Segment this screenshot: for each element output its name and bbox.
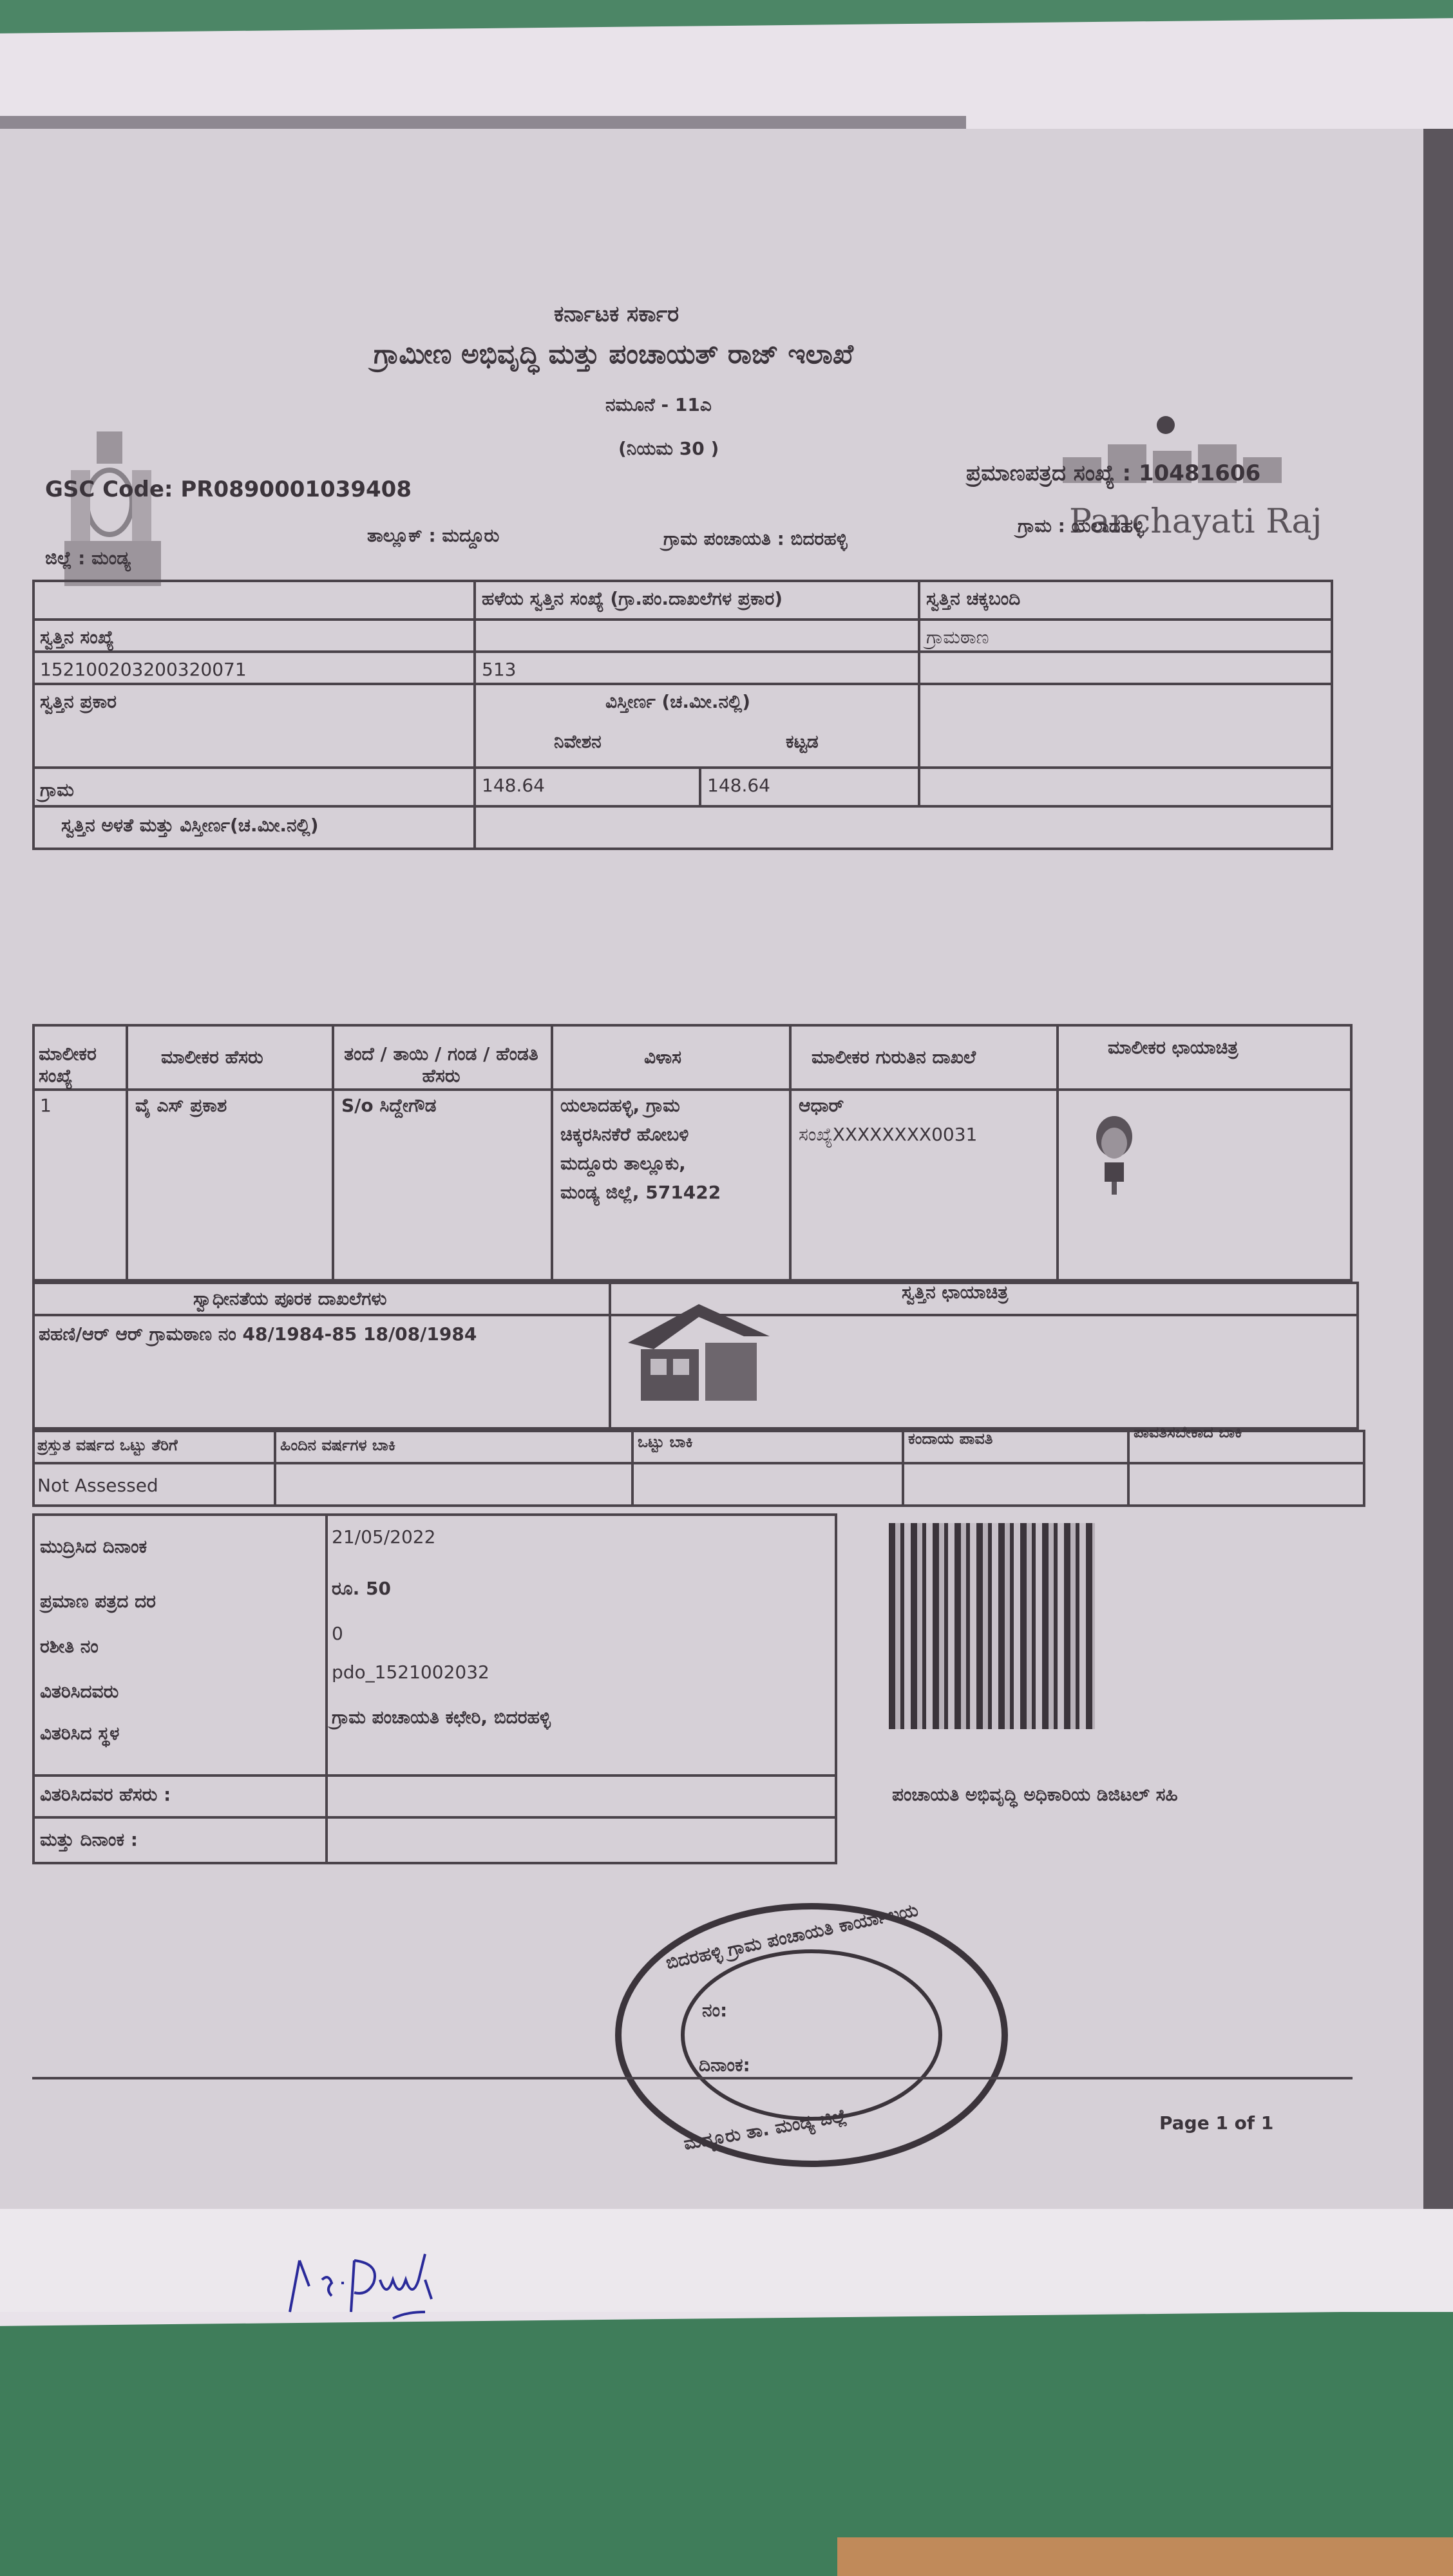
fee-value: ರೂ. 50 — [332, 1578, 391, 1600]
owner-name: ವೈ ಎಸ್ ಪ್ರಕಾಶ — [135, 1095, 227, 1117]
owner-address-header: ವಿಳಾಸ — [644, 1046, 681, 1068]
built-area-label: ಸ್ವತ್ತಿನ ಅಳತೆ ಮತ್ತು ವಿಸ್ತೀರ್ಣ(ಚ.ಮೀ.ನಲ್ಲಿ… — [61, 815, 319, 837]
divider — [32, 805, 1333, 808]
property-photo-label: ಸ್ವತ್ತಿನ ಛಾಯಾಚಿತ್ರ — [902, 1282, 1008, 1303]
area-site-label: ನಿವೇಶನ — [554, 731, 602, 753]
document-edge-shadow — [1423, 129, 1453, 2273]
tax-status: Not Assessed — [37, 1475, 158, 1496]
owner-photo — [1088, 1114, 1140, 1198]
receipt-no-label: ರಶೀತಿ ನಂ — [40, 1636, 99, 1658]
area-building-value: 148.64 — [707, 775, 770, 796]
certificate-number: ಪ್ರಮಾಣಪತ್ರದ ಸಂಖ್ಯೆ : 10481606 — [966, 460, 1260, 486]
taluk: ತಾಲ್ಲೂಕ್ : ಮದ್ದೂರು — [367, 525, 499, 547]
form-number: ನಮೂನೆ - 11ಎ — [605, 394, 712, 416]
property-no-value: 152100203200320071 — [40, 659, 247, 680]
owner-address-line-1: ಯಲಾದಹಳ್ಳಿ, ಗ್ರಾಮ — [560, 1095, 680, 1117]
seal-date-label: ದಿನಾಂಕ: — [699, 2054, 750, 2076]
type-value: ಗ್ರಾಮ — [40, 779, 74, 801]
divider — [551, 1024, 553, 1282]
location-label: ಸ್ವತ್ತಿನ ಚಕ್ಕಬಂದಿ — [926, 588, 1020, 610]
old-property-no-value: 513 — [482, 659, 516, 680]
acquisition-value: ಪಹಣಿ/ಆರ್ ಆರ್ ಗ್ರಾಮಠಾಣ ನಂ 48/1984-85 18/0… — [39, 1323, 477, 1345]
certificate-number-label: ಪ್ರಮಾಣಪತ್ರದ ಸಂಖ್ಯೆ : — [966, 460, 1131, 486]
owner-no: 1 — [40, 1095, 52, 1116]
area-building-label: ಕಟ್ಟಡ — [786, 731, 819, 753]
owner-address-line-4: ಮಂಡ್ಯ ಜಿಲ್ಲೆ, 571422 — [560, 1182, 721, 1204]
location-value: ಗ್ರಾಮಠಾಣ — [926, 627, 989, 649]
tax-due-header: ಪಾವತಿಸಬೇಕಾದ ಬಾಕಿ — [1134, 1423, 1242, 1441]
receipt-no-value: 0 — [332, 1623, 343, 1644]
handwritten-signature — [283, 2248, 496, 2325]
tax-current-header: ಪ್ರಸ್ತುತ ವರ್ಷದ ಒಟ್ಟು ತೆರಿಗೆ — [37, 1436, 178, 1454]
divider — [918, 580, 920, 805]
owner-relation-header: ತಂದೆ / ತಾಯಿ / ಗಂಡ / ಹೆಂಡತಿ ಹೆಸರು — [338, 1043, 544, 1087]
owner-id-header: ಮಾಲೀಕರ ಗುರುತಿನ ದಾಖಲೆ — [812, 1046, 976, 1068]
government-title: ಕರ್ನಾಟಕ ಸರ್ಕಾರ — [554, 301, 679, 327]
signature-sheet — [0, 2209, 1453, 2312]
issue-date-label: ಮತ್ತು ದಿನಾಂಕ : — [40, 1829, 138, 1851]
issued-by-label: ವಿತರಿಸಿದವರು — [40, 1681, 119, 1703]
tax-paid-header: ಕಂದಾಯ ಪಾವತಿ — [908, 1430, 992, 1448]
issue-details-table — [32, 1513, 837, 1864]
printed-date-value: 21/05/2022 — [332, 1526, 435, 1548]
property-photo-house-icon — [615, 1298, 783, 1407]
divider — [332, 1024, 334, 1282]
property-type-label: ಸ್ವತ್ತಿನ ಪ್ರಕಾರ — [40, 691, 117, 713]
seal-no-label: ನಂ: — [702, 2000, 727, 2022]
divider — [274, 1430, 276, 1507]
area-site-value: 148.64 — [482, 775, 545, 796]
qr-code — [889, 1523, 1095, 1729]
divider — [32, 766, 1333, 769]
divider — [32, 618, 1333, 621]
certificate-number-value: 10481606 — [1139, 460, 1260, 486]
page-number: Page 1 of 1 — [1159, 2112, 1273, 2134]
divider — [609, 1282, 611, 1430]
divider — [789, 1024, 792, 1282]
owner-id-value: ಸಂಖ್ಯೆXXXXXXXX0031 — [799, 1124, 977, 1146]
owner-no-header: ಮಾಲೀಕರ ಸಂಖ್ಯೆ — [39, 1043, 122, 1087]
issue-place-label: ವಿತರಿಸಿದ ಸ್ಥಳ — [40, 1723, 119, 1745]
old-property-no-label: ಹಳೆಯ ಸ್ವತ್ತಿನ ಸಂಖ್ಯೆ (ಗ್ರಾ.ಪಂ.ದಾಖಲೆಗಳ ಪ್… — [482, 588, 783, 610]
divider — [902, 1430, 904, 1507]
divider — [32, 650, 1333, 653]
issue-place-value: ಗ್ರಾಮ ಪಂಚಾಯತಿ ಕಛೇರಿ, ಬಿದರಹಳ್ಳಿ — [332, 1707, 551, 1728]
owner-name-header: ಮಾಲೀಕರ ಹೆಸರು — [161, 1046, 263, 1068]
gram-panchayat: ಗ್ರಾಮ ಪಂಚಾಯತಿ : ಬಿದರಹಳ್ಳಿ — [663, 528, 848, 550]
divider — [32, 2077, 1353, 2079]
form-11a-document: ಕರ್ನಾಟಕ ಸರ್ಕಾರ ಗ್ರಾಮೀಣ ಅಭಿವೃದ್ಧಿ ಮತ್ತು ಪ… — [0, 129, 1423, 2273]
divider — [32, 683, 1333, 685]
divider — [473, 580, 476, 850]
district: ಜಿಲ್ಲೆ : ಮಂಡ್ಯ — [45, 547, 131, 569]
gsc-code: GSC Code: PR0890001039408 — [45, 477, 412, 502]
fee-label: ಪ್ರಮಾಣ ಪತ್ರದ ದರ — [40, 1591, 156, 1613]
digital-signature-label: ಪಂಚಾಯತಿ ಅಭಿವೃದ್ಧಿ ಅಧಿಕಾರಿಯ ಡಿಜಿಟಲ್ ಸಹಿ — [892, 1784, 1178, 1806]
divider — [126, 1024, 128, 1282]
printed-date-label: ಮುದ್ರಿಸಿದ ದಿನಾಂಕ — [40, 1536, 147, 1558]
gsc-code-value: PR0890001039408 — [180, 477, 412, 502]
gsc-code-label: GSC Code: — [45, 477, 173, 502]
owner-relation: S/o ಸಿದ್ದೇಗೌಡ — [341, 1095, 436, 1117]
rule-reference: (ನಿಯಮ 30 ) — [618, 438, 719, 460]
owner-address-line-2: ಚಿಕ್ಕರಸಿನಕೆರೆ ಹೋಬಳಿ — [560, 1124, 689, 1146]
divider — [32, 1816, 837, 1819]
department-title: ಗ್ರಾಮೀಣ ಅಭಿವೃದ್ಧಿ ಮತ್ತು ಪಂಚಾಯತ್ ರಾಜ್ ಇಲಾ… — [374, 338, 853, 370]
divider — [1127, 1430, 1130, 1507]
divider — [699, 766, 701, 805]
property-no-label: ಸ್ವತ್ತಿನ ಸಂಖ್ಯೆ — [40, 627, 114, 649]
village: ಗ್ರಾಮ : ಯಲಾದಹಳ್ಳಿ — [1018, 515, 1144, 537]
acquisition-label: ಸ್ವಾಧೀನತೆಯ ಪೂರಕ ದಾಖಲೆಗಳು — [193, 1288, 386, 1310]
divider — [1056, 1024, 1059, 1282]
tax-previous-header: ಹಿಂದಿನ ವರ್ಷಗಳ ಬಾಕಿ — [280, 1436, 395, 1454]
tax-table — [32, 1430, 1365, 1507]
owner-address-line-3: ಮದ್ದೂರು ತಾಲ್ಲೂಕು, — [560, 1153, 686, 1175]
divider — [32, 1462, 1365, 1464]
area-label: ವಿಸ್ತೀರ್ಣ (ಚ.ಮೀ.ನಲ್ಲಿ) — [605, 691, 750, 713]
divider — [325, 1513, 328, 1864]
issued-by-value: pdo_1521002032 — [332, 1662, 489, 1683]
divider — [32, 1774, 837, 1777]
owner-id-type: ಆಧಾರ್ — [799, 1095, 844, 1117]
divider — [631, 1430, 634, 1507]
issuer-name-label: ವಿತರಿಸಿದವರ ಹೆಸರು : — [40, 1784, 171, 1806]
divider — [32, 1088, 1353, 1091]
tax-total-header: ಒಟ್ಟು ಬಾಕಿ — [638, 1433, 693, 1451]
owner-photo-header: ಮಾಲೀಕರ ಛಾಯಾಚಿತ್ರ — [1108, 1037, 1238, 1059]
floor-rug — [837, 2537, 1453, 2576]
